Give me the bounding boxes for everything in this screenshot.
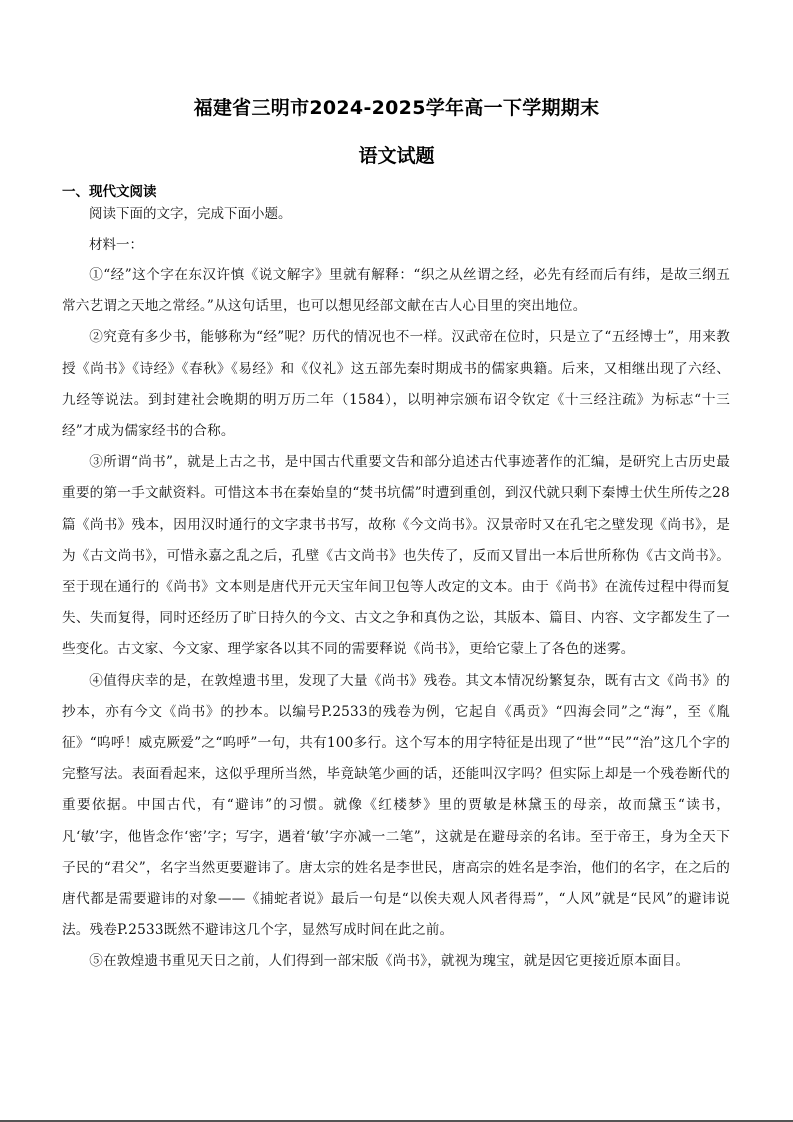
passage-body: ①“经”这个字在东汉许慎《说文解字》里就有解释：“织之从丝谓之经，必先有经而后有… (62, 260, 730, 978)
exam-subtitle: 语文试题 (0, 141, 793, 168)
paragraph-1: ①“经”这个字在东汉许慎《说文解字》里就有解释：“织之从丝谓之经，必先有经而后有… (62, 260, 730, 322)
paragraph-2: ②究竟有多少书，能够称为“经”呢？历代的情况也不一样。汉武帝在位时，只是立了“五… (62, 322, 730, 447)
paragraph-4: ④值得庆幸的是，在敦煌遗书里，发现了大量《尚书》残卷。其文本情况纷繁复杂，既有古… (62, 666, 730, 947)
paragraph-3: ③所谓“尚书”，就是上古之书，是中国古代重要文告和部分追述古代事迹著作的汇编，是… (62, 447, 730, 665)
exam-title: 福建省三明市2024-2025学年高一下学期期末 (0, 93, 793, 120)
material-label: 材料一： (89, 236, 143, 254)
paragraph-5: ⑤在敦煌遗书重见天日之前，人们得到一部宋版《尚书》，就视为瑰宝，就是因它更接近原… (62, 946, 730, 977)
reading-instruction: 阅读下面的文字，完成下面小题。 (89, 205, 292, 223)
section-heading: 一、现代文阅读 (62, 180, 157, 200)
